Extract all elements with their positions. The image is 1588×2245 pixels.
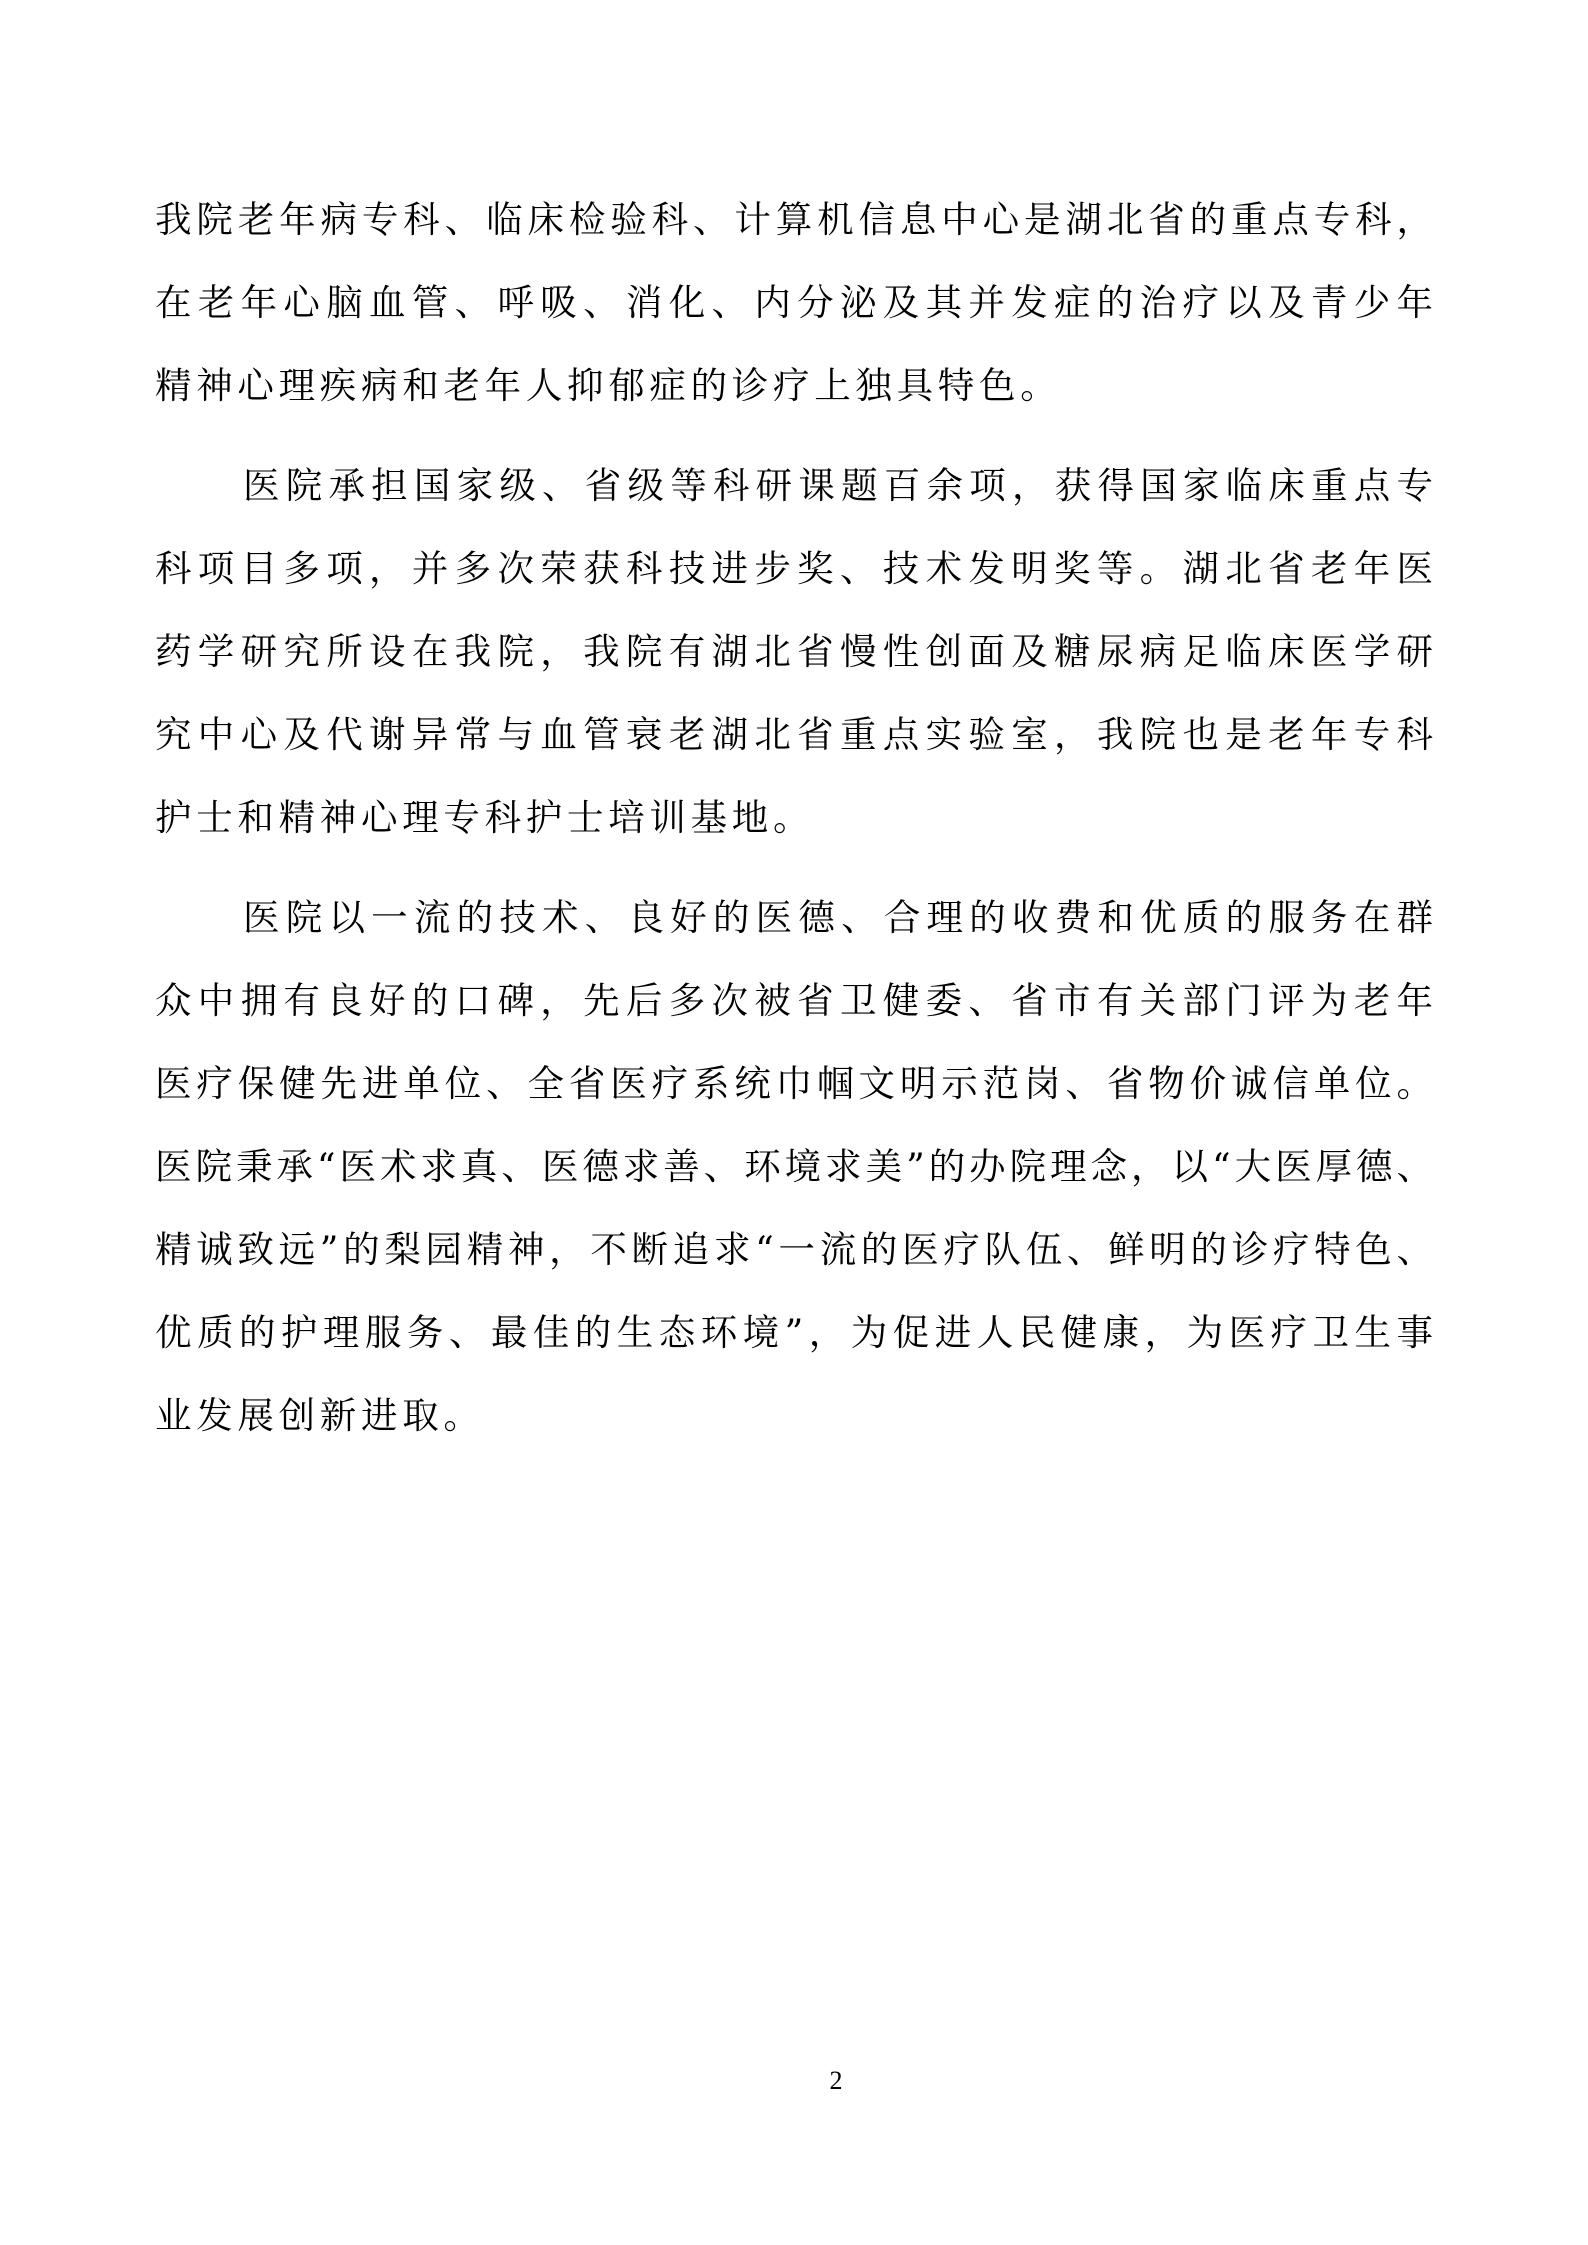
- text-line: 药学研究所设在我院，我院有湖北省慢性创面及糖尿病足临床医学研: [155, 622, 1433, 705]
- text-line: 医院以一流的技术、良好的医德、合理的收费和优质的服务在群: [155, 888, 1433, 971]
- paragraph-specialties: 我院老年病专科、临床检验科、计算机信息中心是湖北省的重点专科， 在老年心脑血管、…: [155, 190, 1433, 439]
- text-line: 究中心及代谢异常与血管衰老湖北省重点实验室，我院也是老年专科: [155, 705, 1433, 788]
- text-line: 医疗保健先进单位、全省医疗系统巾帼文明示范岗、省物价诚信单位。: [155, 1054, 1433, 1137]
- document-page: 我院老年病专科、临床检验科、计算机信息中心是湖北省的重点专科， 在老年心脑血管、…: [0, 0, 1588, 2245]
- text-line: 护士和精神心理专科护士培训基地。: [155, 788, 1433, 871]
- text-line: 精诚致远”的梨园精神，不断追求“一流的医疗队伍、鲜明的诊疗特色、: [155, 1220, 1433, 1303]
- paragraph-research: 医院承担国家级、省级等科研课题百余项，获得国家临床重点专 科项目多项，并多次荣获…: [155, 456, 1433, 871]
- text-line: 众中拥有良好的口碑，先后多次被省卫健委、省市有关部门评为老年: [155, 971, 1433, 1054]
- page-number: 2: [0, 2066, 1588, 2096]
- paragraph-reputation: 医院以一流的技术、良好的医德、合理的收费和优质的服务在群 众中拥有良好的口碑，先…: [155, 888, 1433, 1469]
- text-line: 科项目多项，并多次荣获科技进步奖、技术发明奖等。湖北省老年医: [155, 539, 1433, 622]
- text-line: 医院承担国家级、省级等科研课题百余项，获得国家临床重点专: [155, 456, 1433, 539]
- text-line: 精神心理疾病和老年人抑郁症的诊疗上独具特色。: [155, 356, 1433, 439]
- text-line: 在老年心脑血管、呼吸、消化、内分泌及其并发症的治疗以及青少年: [155, 273, 1433, 356]
- document-body: 我院老年病专科、临床检验科、计算机信息中心是湖北省的重点专科， 在老年心脑血管、…: [155, 190, 1433, 1469]
- text-line: 优质的护理服务、最佳的生态环境”，为促进人民健康，为医疗卫生事: [155, 1303, 1433, 1386]
- text-line: 我院老年病专科、临床检验科、计算机信息中心是湖北省的重点专科，: [155, 190, 1433, 273]
- text-line: 业发展创新进取。: [155, 1386, 1433, 1469]
- text-line: 医院秉承“医术求真、医德求善、环境求美”的办院理念，以“大医厚德、: [155, 1137, 1433, 1220]
